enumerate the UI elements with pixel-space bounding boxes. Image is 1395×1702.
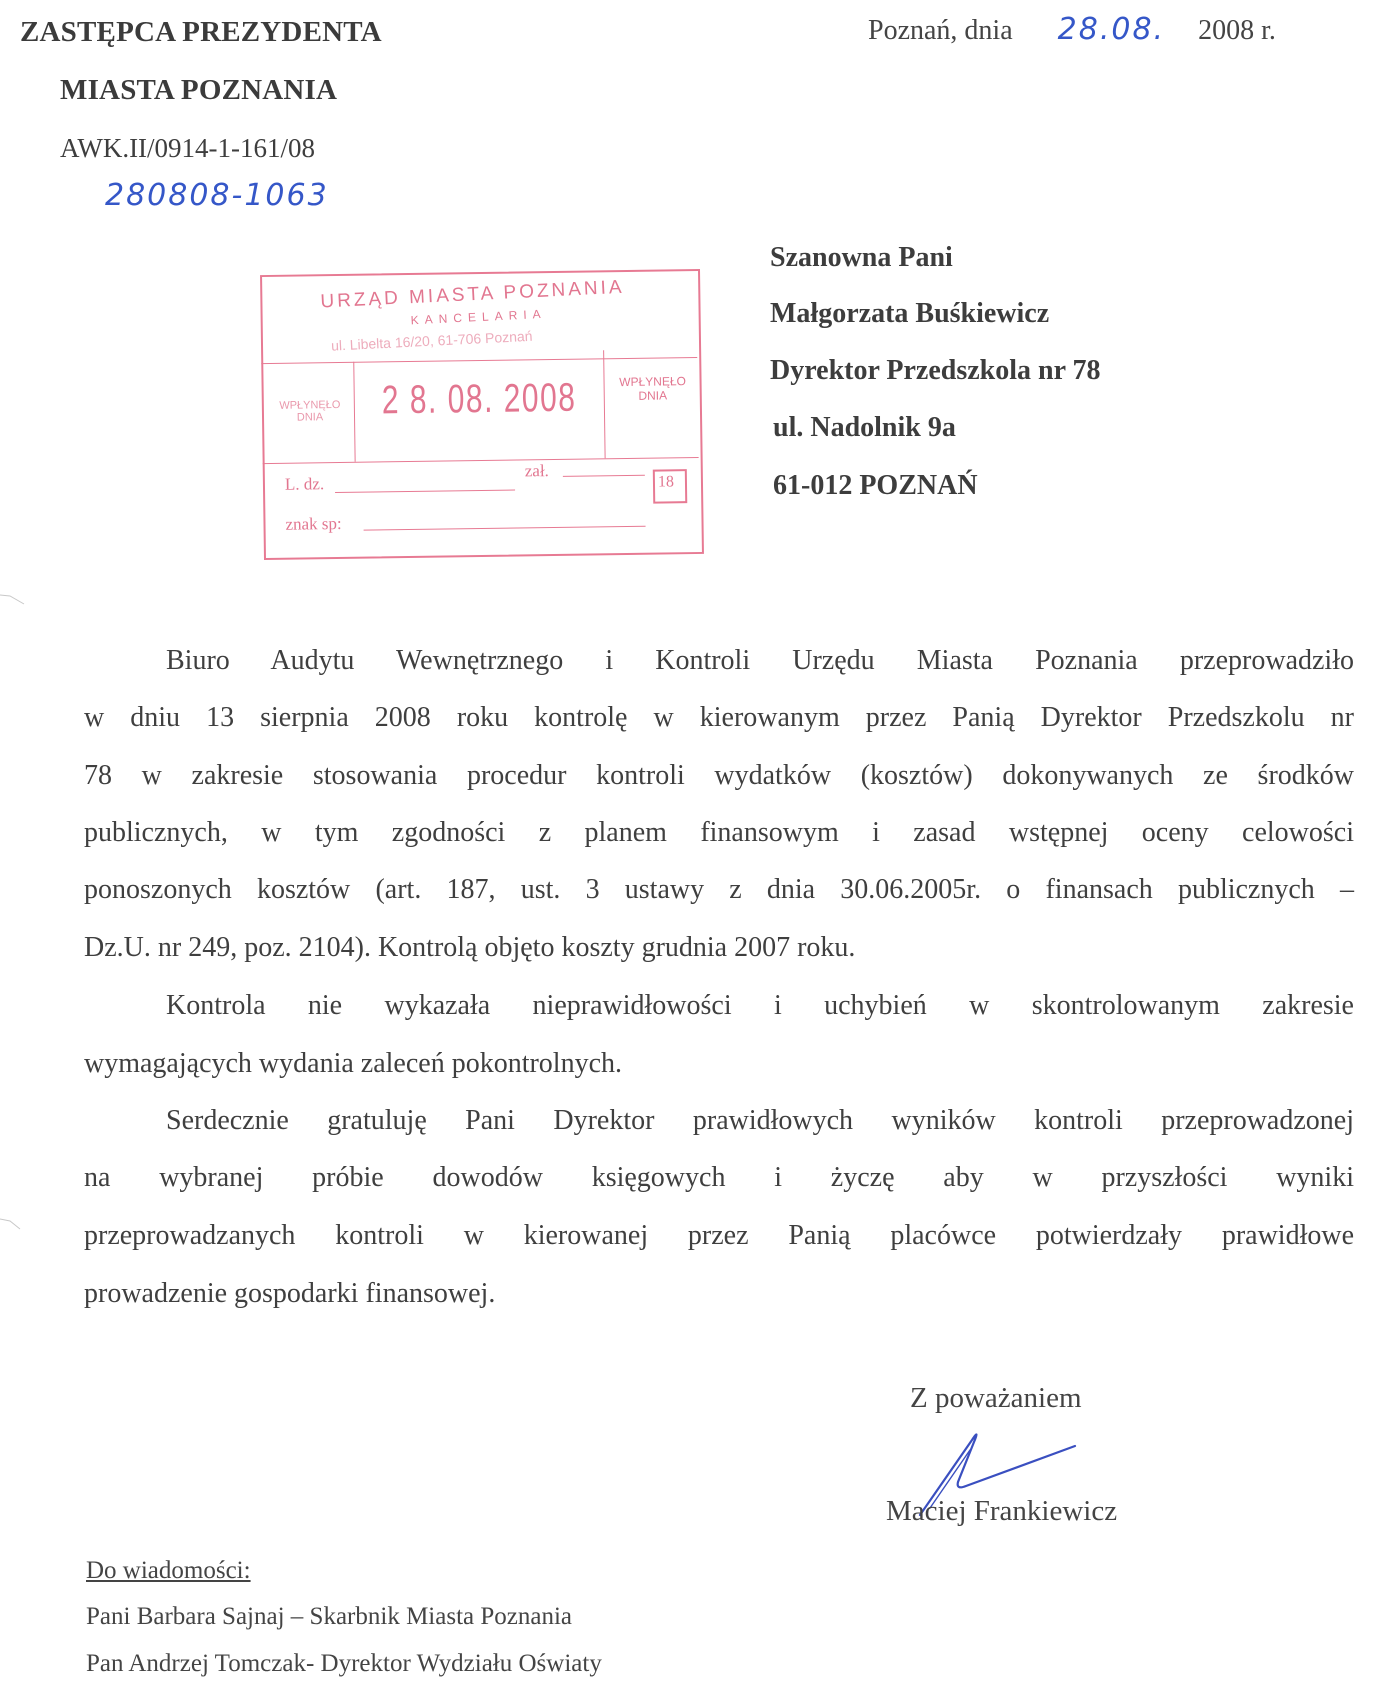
scan-edge-mark-icon xyxy=(0,590,30,610)
body-line: w dniu 13 sierpnia 2008 roku kontrolę w … xyxy=(84,702,1354,734)
stamp-right-label: WPŁYNĘŁO DNIA xyxy=(609,374,695,403)
body-line: na wybranej próbie dowodów księgowych i … xyxy=(84,1162,1354,1194)
stamp-field-ldz: L. dz. xyxy=(285,474,324,495)
cc-heading: Do wiadomości: xyxy=(86,1557,251,1585)
stamp-left-label: WPŁYNĘŁO DNIA xyxy=(270,399,350,424)
body-line: publicznych, w tym zgodności z planem fi… xyxy=(84,817,1354,849)
date-city-prefix: Poznań, dnia xyxy=(868,15,1013,46)
recipient-salutation: Szanowna Pani xyxy=(770,242,953,274)
body-line: ponoszonych kosztów (art. 187, ust. 3 us… xyxy=(84,874,1354,906)
handwritten-date: 28.08. xyxy=(1058,12,1165,47)
sender-title-line2: MIASTA POZNANIA xyxy=(60,74,337,107)
cc-recipient: Pan Andrzej Tomczak- Dyrektor Wydziału O… xyxy=(86,1650,602,1678)
body-line: wymagających wydania zaleceń pokontrolny… xyxy=(84,1048,1354,1080)
body-line: przeprowadzanych kontroli w kierowanej p… xyxy=(84,1220,1354,1252)
body-line: Serdecznie gratuluję Pani Dyrektor prawi… xyxy=(84,1105,1354,1137)
closing-phrase: Z poważaniem xyxy=(910,1382,1082,1415)
cc-recipient: Pani Barbara Sajnaj – Skarbnik Miasta Po… xyxy=(86,1603,572,1631)
recipient-street: ul. Nadolnik 9a xyxy=(773,412,956,444)
recipient-name: Małgorzata Buśkiewicz xyxy=(770,298,1049,330)
handwritten-registry-number: 280808-1063 xyxy=(105,178,329,213)
body-line: 78 w zakresie stosowania procedur kontro… xyxy=(84,760,1354,792)
scan-edge-mark-icon xyxy=(0,1215,30,1235)
recipient-position: Dyrektor Przedszkola nr 78 xyxy=(770,355,1101,387)
reference-number: AWK.II/0914-1-161/08 xyxy=(60,133,315,164)
stamp-box-number: 18 xyxy=(658,473,674,491)
sender-title-line1: ZASTĘPCA PREZYDENTA xyxy=(20,16,382,49)
stamp-date: 2 8. 08. 2008 xyxy=(381,376,576,424)
signatory-name: Maciej Frankiewicz xyxy=(886,1495,1117,1528)
recipient-postal-city: 61-012 POZNAŃ xyxy=(773,470,978,502)
body-line: Biuro Audytu Wewnętrznego i Kontroli Urz… xyxy=(84,645,1354,677)
body-line: Dz.U. nr 249, poz. 2104). Kontrolą objęt… xyxy=(84,932,1354,964)
body-line: prowadzenie gospodarki finansowej. xyxy=(84,1278,1354,1310)
body-line: Kontrola nie wykazała nieprawidłowości i… xyxy=(84,990,1354,1022)
stamp-field-zal: zał. xyxy=(525,461,549,481)
date-line: Poznań, dnia 28.08. 2008 r. xyxy=(868,12,1276,47)
registry-stamp: URZĄD MIASTA POZNANIA KANCELARIA ul. Lib… xyxy=(260,269,704,560)
date-year: 2008 r. xyxy=(1198,15,1276,46)
stamp-field-znak: znak sp: xyxy=(285,514,341,535)
